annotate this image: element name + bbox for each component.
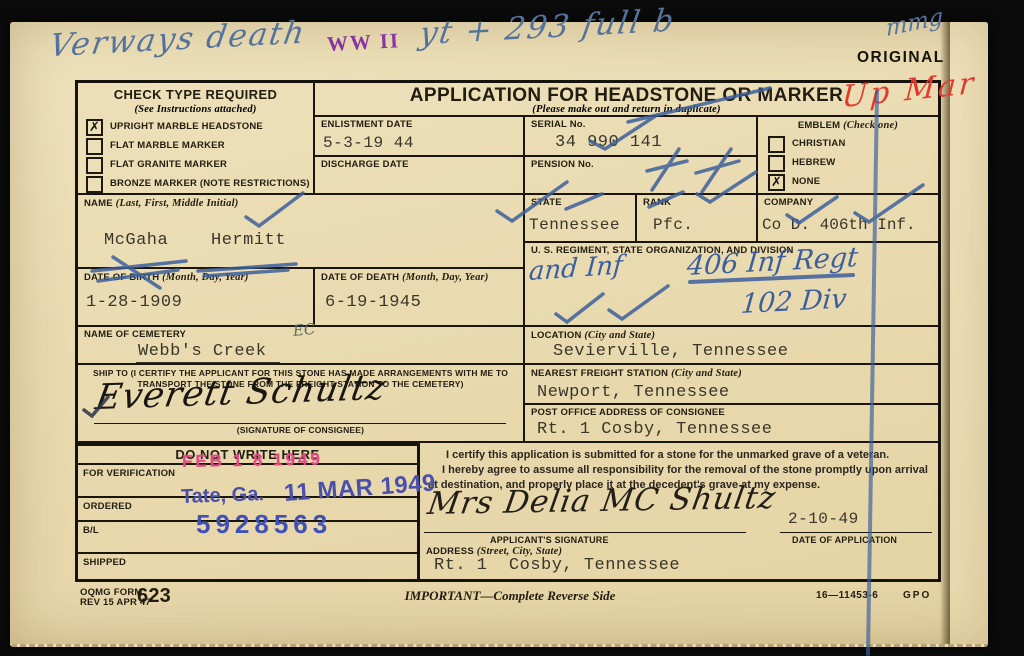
certification-line1: I certify this application is submitted … — [432, 448, 932, 463]
row-label-ordered: ORDERED — [83, 502, 132, 513]
field-rank: RANK Pfc. — [637, 195, 758, 243]
bl-number-stamp: 5928563 — [196, 509, 332, 540]
check-mark: ✗ — [771, 176, 782, 189]
check-type-title: CHECK TYPE REQUIRED — [78, 88, 313, 103]
checkbox-label: FLAT GRANITE MARKER — [110, 160, 227, 171]
ww2-stamp: WW II — [326, 28, 400, 57]
field-label: POST OFFICE ADDRESS OF CONSIGNEE — [531, 408, 725, 419]
checkbox-icon — [768, 155, 785, 172]
footer-form-number: 623 — [137, 585, 171, 608]
field-label: PENSION No. — [531, 160, 594, 171]
footer-center-note: IMPORTANT—Complete Reverse Side — [320, 588, 700, 604]
field-location: LOCATION (City and State) Sevierville, T… — [525, 327, 938, 365]
checkbox-icon — [768, 136, 785, 153]
field-regiment: U. S. REGIMENT, STATE ORGANIZATION, AND … — [525, 243, 938, 327]
check-type-subtitle: (See Instructions attached) — [78, 104, 313, 116]
field-value: Tennessee — [529, 216, 620, 234]
field-label: NAME (Last, First, Middle Initial) — [84, 198, 238, 210]
applicant-signature-caption: APPLICANT'S SIGNATURE — [490, 535, 609, 545]
checkbox-flat-marble-marker: FLAT MARBLE MARKER — [86, 138, 225, 155]
card-edge-strip — [950, 22, 988, 644]
checkbox-label: BRONZE MARKER (NOTE RESTRICTIONS) — [110, 179, 310, 190]
checkbox-icon — [86, 176, 103, 193]
field-label: DATE OF BIRTH (Month, Day, Year) — [84, 272, 249, 284]
field-label: DISCHARGE DATE — [321, 160, 409, 171]
field-label: LOCATION (City and State) — [531, 330, 655, 342]
applicant-signature: Mrs Delia MC Shultz — [425, 480, 779, 522]
field-value: 34 990 141 — [555, 133, 662, 152]
field-value: 5-3-19 44 — [323, 134, 414, 152]
field-value: 6-19-1945 — [325, 293, 421, 312]
checkbox-label: CHRISTIAN — [792, 139, 846, 150]
checkbox-label: NONE — [792, 177, 820, 188]
field-label: COMPANY — [764, 198, 813, 209]
section-emblem: EMBLEM (Check one) CHRISTIAN HEBREW ✗ NO… — [758, 117, 938, 195]
field-enlistment-date: ENLISTMENT DATE 5-3-19 44 — [315, 117, 525, 157]
footer-print-code: 16—11453-6 — [816, 590, 878, 602]
checkbox-label: UPRIGHT MARBLE HEADSTONE — [110, 122, 263, 133]
card-fold-crease — [940, 22, 950, 644]
row-label-shipped: SHIPPED — [83, 558, 126, 569]
field-value: Newport, Tennessee — [537, 383, 730, 402]
field-value: Rt. 1 Cosby, Tennessee — [537, 420, 772, 439]
field-value: Webb's Creek — [136, 342, 280, 363]
signature-line — [94, 423, 506, 424]
field-label: ENLISTMENT DATE — [321, 120, 413, 131]
scanned-document-page: CHECK TYPE REQUIRED (See Instructions at… — [0, 0, 1024, 656]
checkbox-none: ✗ NONE — [768, 174, 820, 191]
cemetery-pencil-note: EC — [292, 320, 316, 340]
application-date-line — [780, 532, 932, 533]
field-value: Pfc. — [653, 216, 693, 234]
field-state: STATE Tennessee — [525, 195, 637, 243]
application-date-value: 2-10-49 — [788, 510, 859, 528]
checkbox-christian: CHRISTIAN — [768, 136, 846, 153]
checkbox-label: HEBREW — [792, 158, 835, 169]
field-label: STATE — [531, 198, 562, 209]
field-discharge-date: DISCHARGE DATE — [315, 157, 525, 195]
field-value: 1-28-1909 — [86, 293, 182, 312]
application-date-caption: DATE OF APPLICATION — [792, 535, 897, 545]
field-company: COMPANY Co D. 406th Inf. — [758, 195, 938, 243]
field-label: RANK — [643, 198, 671, 209]
field-pension-no: PENSION No. — [525, 157, 758, 195]
address-value: Rt. 1 Cosby, Tennessee — [434, 556, 680, 575]
row-label-bl: B/L — [83, 526, 99, 537]
consignee-signature-caption: (SIGNATURE OF CONSIGNEE) — [78, 426, 523, 436]
divider — [78, 552, 417, 554]
regiment-handwriting-1: and Inf — [528, 250, 624, 287]
checkbox-icon: ✗ — [768, 174, 785, 191]
field-consignee-address: POST OFFICE ADDRESS OF CONSIGNEE Rt. 1 C… — [525, 405, 938, 443]
emblem-hint: (Check one) — [843, 120, 898, 131]
original-label: ORIGINAL — [857, 49, 945, 67]
field-date-of-birth: DATE OF BIRTH (Month, Day, Year) 1-28-19… — [78, 269, 315, 327]
field-value: McGaha Hermitt — [104, 231, 286, 250]
checkbox-flat-granite-marker: FLAT GRANITE MARKER — [86, 157, 227, 174]
checkbox-hebrew: HEBREW — [768, 155, 835, 172]
ordered-place-stamp: Tate, Ga. — [181, 483, 265, 509]
row-label-for-verification: FOR VERIFICATION — [83, 469, 175, 480]
field-serial-no: SERIAL No. 34 990 141 — [525, 117, 758, 157]
field-label: NEAREST FREIGHT STATION (City and State) — [531, 368, 742, 380]
checkbox-bronze-marker: BRONZE MARKER (NOTE RESTRICTIONS) — [86, 176, 310, 193]
checkbox-upright-marble-headstone: ✗ UPRIGHT MARBLE HEADSTONE — [86, 119, 263, 136]
checkbox-label: FLAT MARBLE MARKER — [110, 141, 225, 152]
check-mark: ✗ — [89, 121, 100, 134]
checkbox-icon — [86, 138, 103, 155]
checkbox-icon: ✗ — [86, 119, 103, 136]
field-value: Co D. 406th Inf. — [762, 216, 916, 234]
footer-gpo: GPO — [903, 590, 931, 602]
verification-date-stamp: FEB 1 8 1949 — [182, 450, 323, 472]
field-date-of-death: DATE OF DEATH (Month, Day, Year) 6-19-19… — [315, 269, 525, 327]
checkbox-icon — [86, 157, 103, 174]
field-value: Sevierville, Tennessee — [553, 342, 788, 361]
emblem-title: EMBLEM (Check one) — [758, 120, 938, 132]
field-label: DATE OF DEATH (Month, Day, Year) — [321, 272, 489, 284]
regiment-handwriting-3: 102 Div — [740, 283, 848, 320]
field-label: SERIAL No. — [531, 120, 586, 131]
emblem-label: EMBLEM — [798, 120, 840, 131]
field-freight-station: NEAREST FREIGHT STATION (City and State)… — [525, 365, 938, 405]
field-label: NAME OF CEMETERY — [84, 330, 186, 341]
section-check-type: CHECK TYPE REQUIRED (See Instructions at… — [78, 83, 315, 195]
applicant-signature-line — [424, 532, 746, 533]
field-veteran-name: NAME (Last, First, Middle Initial) McGah… — [78, 195, 525, 269]
